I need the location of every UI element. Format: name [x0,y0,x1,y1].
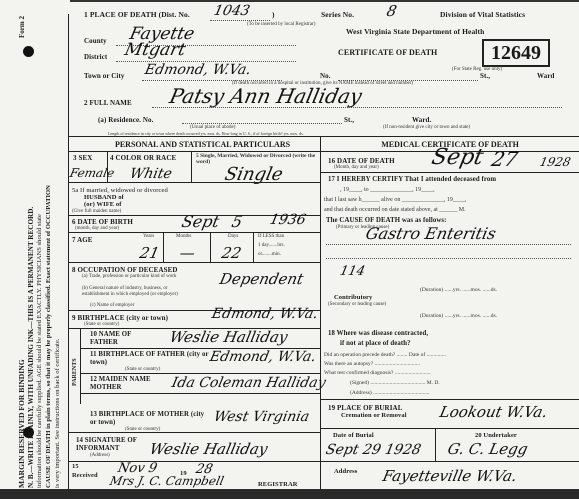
burial-divider [435,428,436,461]
parents-label: PARENTS [71,358,79,386]
occupation-b: (b) General nature of industry, business… [82,286,192,297]
row-line [80,393,320,394]
dod-note: (Month, day and year) [334,165,379,170]
column-divider [320,136,321,489]
dob-label: 6 DATE OF BIRTH [72,218,133,226]
sex-value: Female [69,166,116,180]
spouse-label-b: HUSBAND of [84,194,124,201]
row-line [68,461,320,462]
series-number: 8 [385,2,398,20]
age-divider [253,232,254,262]
certify-line-2: , 19____, to ______________, 19____, [340,187,435,193]
series-label: Series No. [321,10,354,19]
registrar-label: REGISTRAR [258,481,298,488]
full-name-label: 2 FULL NAME [84,99,132,107]
birthplace-label: 9 BIRTHPLACE (city or town) [72,314,168,322]
birthplace-value: Edmond, W.Va. [210,306,319,322]
certify-line-4: and that death occurred on date stated a… [324,207,466,213]
top-border [70,0,579,2]
occupation-a: (a) Trade, profession or particular kind… [82,274,192,280]
division-label: Division of Vital Statistics [440,10,525,19]
frame-left [68,14,69,489]
age-1day: 1 day.......hrs. [258,243,285,248]
town-label: Town or City [84,72,125,80]
full-name-value: Patsy Ann Halliday [167,84,364,108]
sex-label: 3 SEX [73,154,92,162]
father-label: 10 NAME OF FATHER [90,331,160,347]
place-of-death-label: 1 PLACE OF DEATH (Dist. No. [84,10,190,19]
row-line [68,232,320,233]
autopsy-label: Was there an autopsy? ..................… [324,361,420,367]
age-months-label: Months [176,234,191,239]
burial-note: Cremation or Removal [341,412,407,419]
certify-line-3: that I last saw h______ alive on _______… [324,197,466,203]
spouse-label-a: 5a If married, widowed or divorced [72,187,168,194]
father-birthplace-value: Edmond, W.Va. [208,349,317,365]
dod-label: 16 DATE OF DEATH [328,157,395,165]
contracted-label-2: if not at place of death? [340,340,411,347]
spouse-label-c: (or) WIFE of [84,201,122,208]
duration-2: (Duration) ......yrs. ......mos. ......d… [420,313,497,319]
contributory-note: (Secondary or leading cause) [328,302,386,307]
race-value: White [128,166,173,182]
no-label: No. [320,72,331,80]
signed-label: (Signed) ...............................… [350,380,440,386]
residence-label: (a) Residence. No. [98,116,153,124]
row-line [320,461,579,462]
age-or: or........min. [258,252,281,257]
informant-address-note: (Address) [90,453,110,458]
race-label: 4 COLOR OR RACE [110,154,176,162]
age-divider [163,232,164,262]
dob-year: 1936 [268,212,307,228]
cause-line [326,244,571,245]
operation-label: Did an operation precede death? ........… [324,352,446,358]
bottom-border [0,489,579,499]
age-years-label: Years [143,234,154,239]
nonresident-note: (If non-resident give city or town and s… [383,125,470,130]
cert-no-note: (For State Reg. use only) [452,67,502,72]
father-value: Weslie Halliday [168,328,289,346]
st-label: St., [480,72,490,80]
cause-code: 114 [338,264,366,279]
residence-st-label: St., [344,116,354,124]
row-line [68,262,320,263]
burial-place-value: Lookout W.Va. [438,403,549,421]
punch-hole [23,46,34,57]
row-line [68,182,320,183]
dod-year: 1928 [539,155,573,169]
mother-value: Ida Coleman Halliday [170,375,327,391]
age-months-value: — [178,244,197,262]
personal-header-line [68,151,320,152]
age-days-label: Days [228,234,238,239]
divider-sections [68,136,579,137]
county-label: County [84,37,107,45]
undertaker-value: G. C. Legg [446,440,529,458]
address-label: (Address) ..............................… [350,390,429,396]
death-certificate: MARGIN RESERVED FOR BINDING N. B.—WRITE … [0,0,579,499]
district-label: District [84,53,107,61]
personal-section-title: PERSONAL AND STATISTICAL PARTICULARS [90,140,315,149]
dist-no-line [210,20,270,21]
dod-month: Sept [429,145,485,170]
father-birthplace-note: (State or country) [125,367,160,372]
burial-label: 19 PLACE OF BURIAL [328,404,402,412]
row-line [320,172,579,173]
row-line [80,373,320,374]
duration-1: (Duration) ......yrs. ......mos. ......d… [420,287,497,293]
residence-line [182,123,342,124]
mother-birthplace-value: West Virginia [212,409,311,425]
occupation-c: (c) Name of employer [90,303,134,308]
district-value: Mtgart [123,40,187,60]
father-birthplace-label: 11 BIRTHPLACE OF FATHER (city or town) [90,351,210,367]
undertaker-address-value: Fayetteville W.Va. [381,467,519,485]
birthplace-note: (State or country) [84,322,119,327]
age-days-value: 22 [220,244,243,262]
burial-date-label: Date of Burial [333,432,374,439]
residence-note: (Usual place of abode) [190,125,235,130]
age-years-value: 21 [138,244,161,262]
age-divider [210,232,211,262]
diagnosis-label: What test confirmed diagnosis? .........… [324,370,431,376]
dod-day: 27 [489,147,520,171]
row-line [320,428,579,429]
dob-note: (month, day and year) [75,226,119,231]
department-label: West Virginia State Department of Health [346,27,484,36]
contracted-label: 18 Where was disease contracted, [328,330,428,337]
row-line [68,432,320,433]
certify-line-1: 17 I HEREBY CERTIFY That I attended dece… [328,176,496,183]
informant-value: Weslie Halliday [148,440,269,458]
cause-label: The CAUSE OF DEATH was as follows: [326,217,446,224]
mother-label: 12 MAIDEN NAME MOTHER [90,376,160,392]
dob-month: Sept [180,212,221,231]
occupation-label: 8 OCCUPATION OF DECEASED [72,266,178,274]
town-value: Edmond, W.Va. [143,62,252,78]
cause-line [326,258,571,259]
received-number: 15 [72,463,79,470]
burial-date-value: Sept 29 1928 [324,442,422,458]
full-name-line [152,107,562,108]
dist-note: (To be inserted by local Registrar) [247,22,315,27]
sex-divider [107,151,108,182]
contributory-label: Contributory [334,294,372,301]
mother-birthplace-label: 13 BIRTHPLACE OF MOTHER (city or town) [90,411,210,427]
race-divider [191,151,192,182]
form-number: Form 2 [17,16,27,38]
age-label: 7 AGE [72,236,93,244]
ward-label: Ward [537,72,555,80]
informant-label: 14 SIGNATURE OF INFORMANT [76,437,156,453]
occupation-value: Dependent [218,270,305,288]
cause-value: Gastro Enteritis [364,224,498,243]
certificate-number: 12649 [482,39,550,67]
margin-line-5: is very important. See instructions on b… [53,339,63,488]
age-lessthan: If LESS than [258,234,284,239]
binding-margin: MARGIN RESERVED FOR BINDING N. B.—WRITE … [0,0,66,489]
received-label: Received [72,472,98,479]
row-line [320,399,579,400]
certificate-title: CERTIFICATE OF DEATH [338,48,437,57]
undertaker-address-label: Address [334,468,357,475]
spouse-note: (Give full maiden name) [72,209,121,214]
residence-ward-label: Ward. [412,116,431,124]
district-number: 1043 [212,3,251,19]
registrar-signature: Mrs J. C. Campbell [109,474,226,488]
length-note: Length of residence in city or town wher… [108,131,304,136]
undertaker-label: 20 Undertaker [475,432,517,439]
